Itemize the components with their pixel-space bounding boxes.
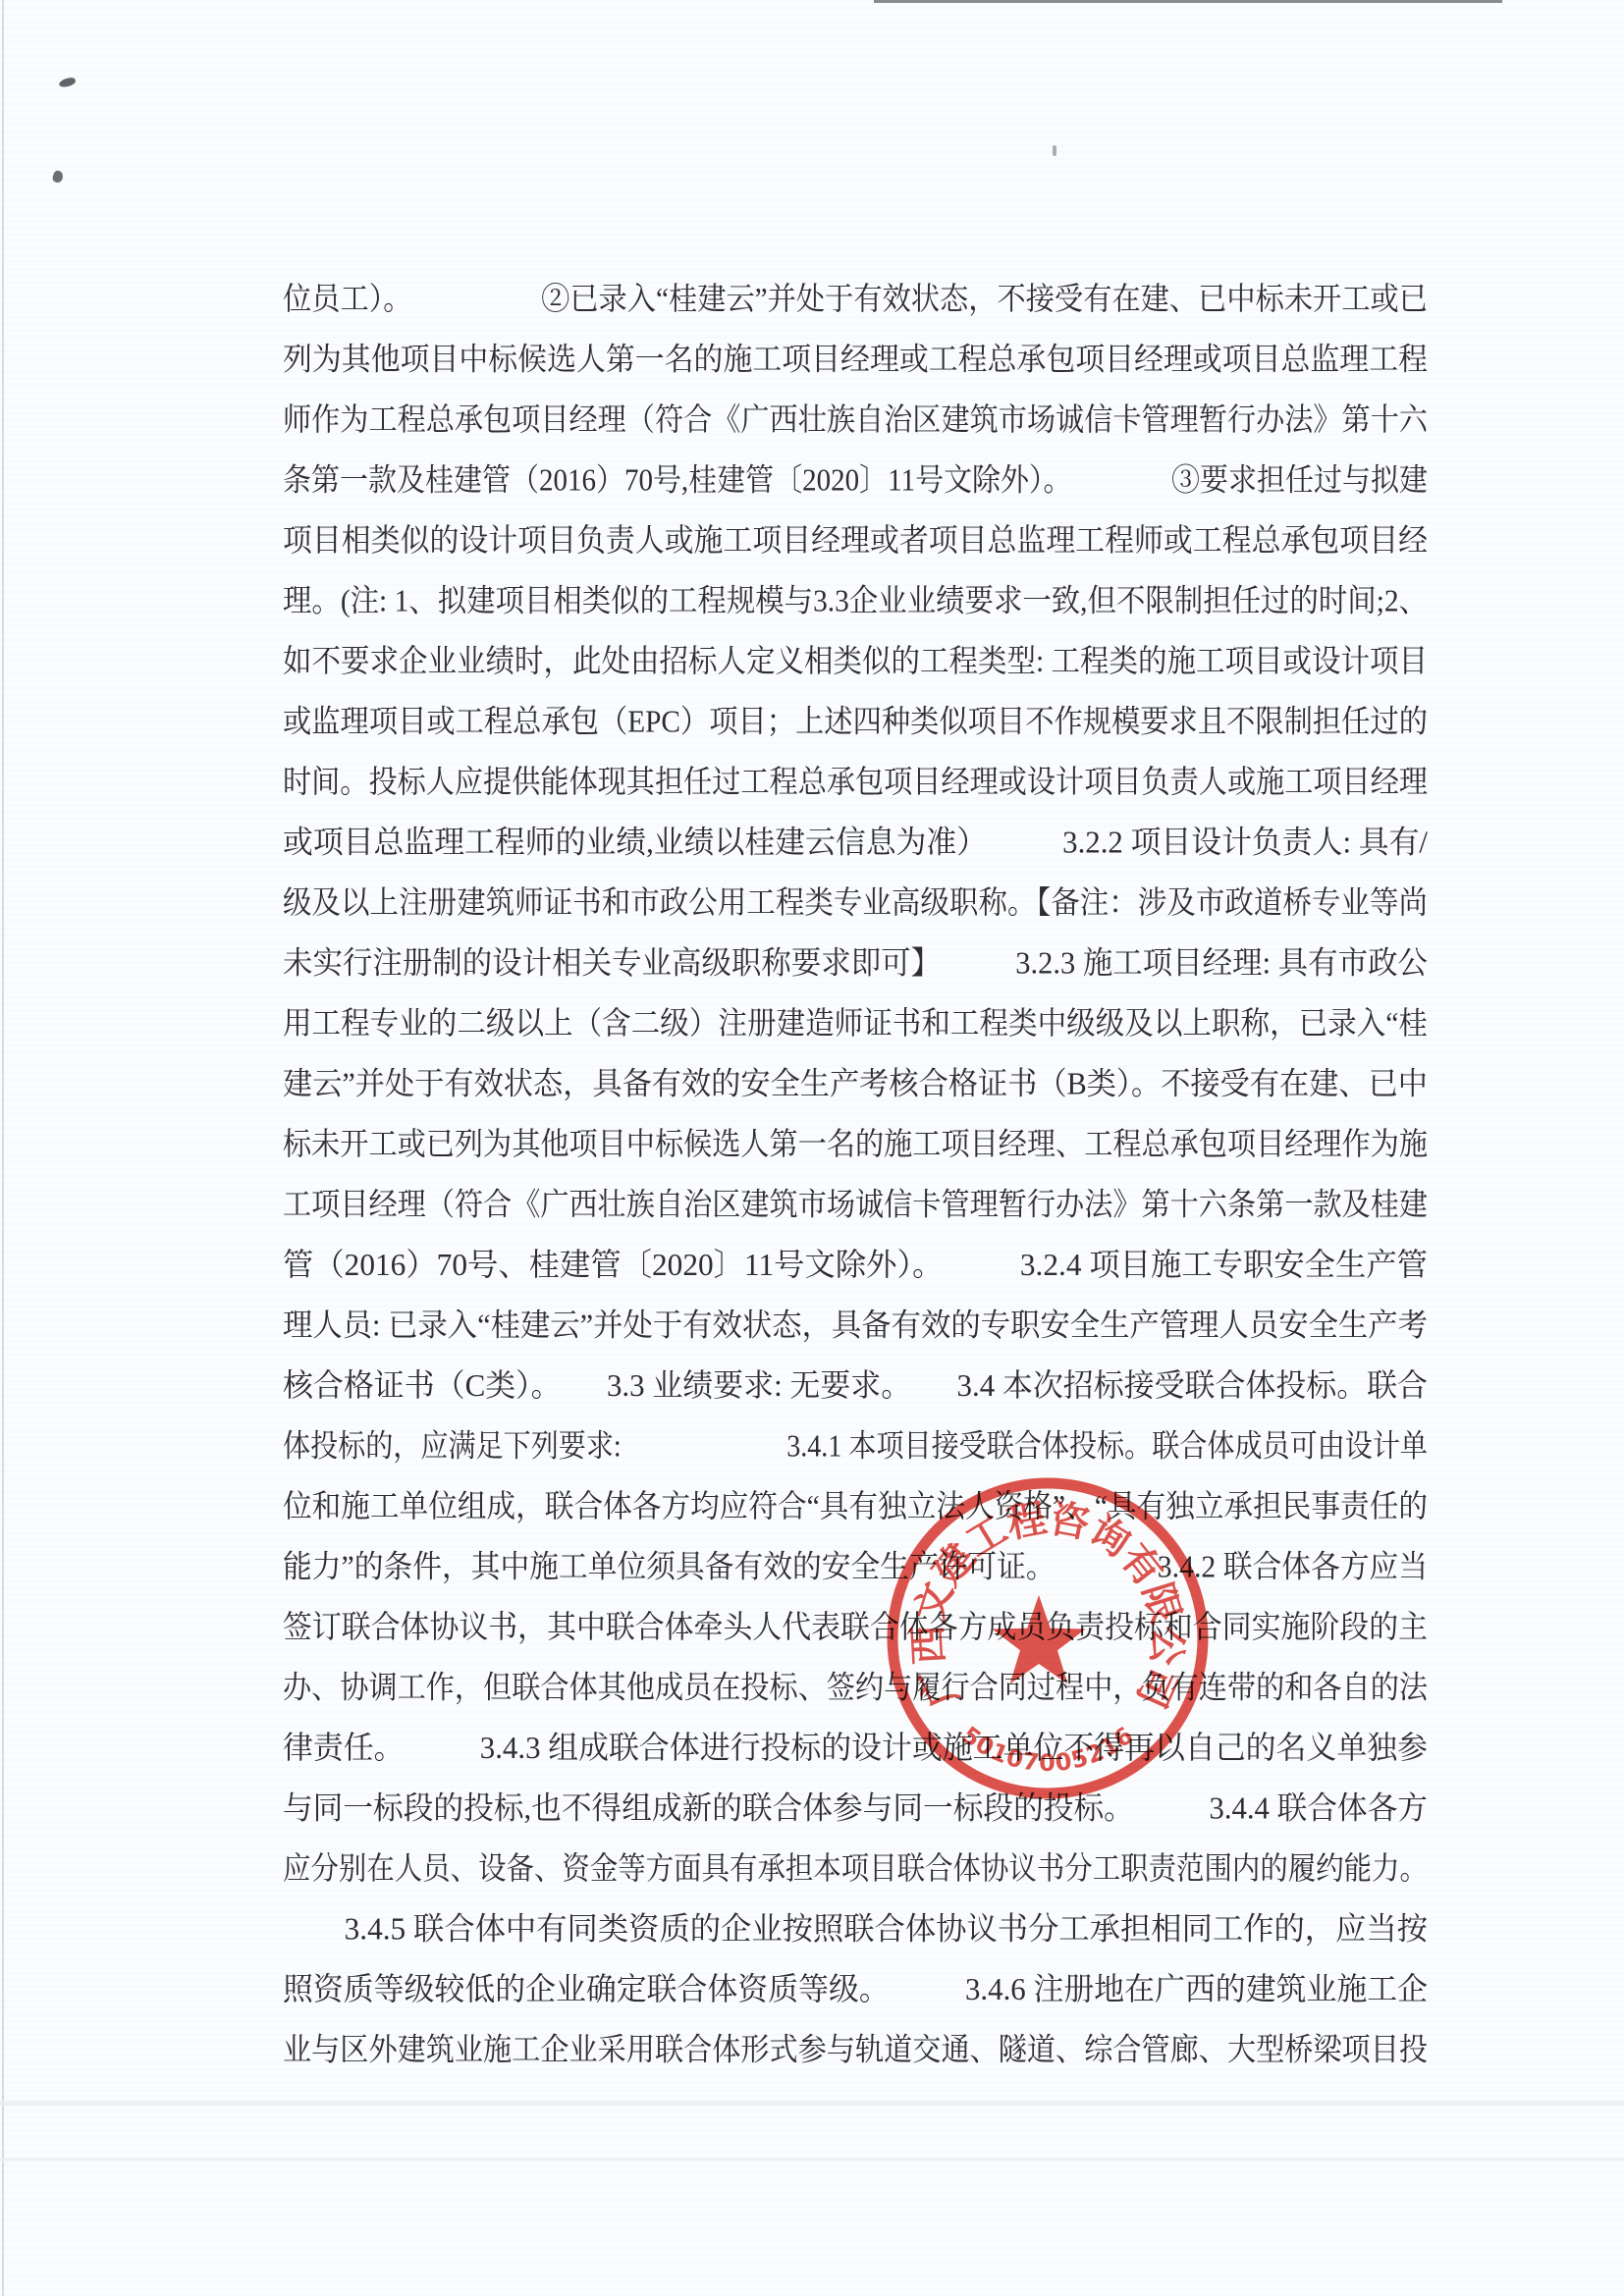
text-line: 用工程专业的二级以上（含二级）注册建造师证书和工程类中级级及以上职称，已录入“桂 (283, 1005, 1428, 1041)
scan-artifact-band (0, 2101, 1624, 2106)
text-line: 体投标的，应满足下列要求: 3.4.1 本项目接受联合体投标。联合体成员可由设计… (283, 1428, 1428, 1464)
scan-artifact-left-edge (2, 0, 4, 2296)
text-line: 列为其他项目中标候选人第一名的施工项目经理或工程总承包项目经理或项目总监理工程 (283, 342, 1428, 377)
text-line: 或监理项目或工程总承包（EPC）项目；上述四种类似项目不作规模要求且不限制担任过… (283, 704, 1428, 739)
scan-artifact-speck (1053, 145, 1056, 156)
text-line: 核合格证书（C类）。 3.3 业绩要求: 无要求。 3.4 本次招标接受联合体投… (283, 1367, 1428, 1403)
text-line: 办、协调工作，但联合体其他成员在投标、签约与履行合同过程中，负有连带的和各自的法 (283, 1670, 1428, 1705)
text-line: 应分别在人员、设备、资金等方面具有承担本项目联合体协议书分工职责范围内的履约能力… (283, 1850, 1428, 1886)
text-line: 律责任。 3.4.3 组成联合体进行投标的设计或施工单位不得再以自己的名义单独参 (283, 1730, 1428, 1765)
text-line: 标未开工或已列为其他项目中标候选人第一名的施工项目经理、工程总承包项目经理作为施 (283, 1126, 1428, 1161)
text-line: 师作为工程总承包项目经理（符合《广西壮族自治区建筑市场诚信卡管理暂行办法》第十六 (283, 401, 1428, 437)
text-line: 签订联合体协议书，其中联合体牵头人代表联合体各方成员负责投标和合同实施阶段的主 (283, 1609, 1428, 1644)
seal-star-icon (992, 1595, 1085, 1684)
text-line: 如不要求企业业绩时，此处由招标人定义相类似的工程类型: 工程类的施工项目或设计项… (283, 643, 1428, 678)
text-line: 建云”并处于有效状态，具备有效的安全生产考核合格证书（B类）。不接受有在建、已中 (283, 1066, 1428, 1101)
scan-artifact-speck (51, 170, 65, 185)
text-line: 能力”的条件，其中施工单位须具备有效的安全生产许可证。 3.4.2 联合体各方应… (283, 1549, 1428, 1584)
text-line: 未实行注册制的设计相关专业高级职称要求即可】 3.2.3 施工项目经理: 具有市… (283, 945, 1428, 981)
text-line: 业与区外建筑业施工企业采用联合体形式参与轨道交通、隧道、综合管廊、大型桥梁项目投 (283, 2032, 1428, 2067)
text-line: 3.4.5 联合体中有同类资质的企业按照联合体协议书分工承担相同工作的，应当按 (283, 1911, 1428, 1947)
text-line: 条第一款及桂建管（2016）70号,桂建管〔2020〕11号文除外）。 ③要求担… (283, 462, 1428, 498)
text-line: 理人员: 已录入“桂建云”并处于有效状态，具备有效的专职安全生产管理人员安全生产… (283, 1308, 1428, 1343)
scan-artifact-speck (58, 77, 76, 88)
scan-artifact-top-edge (874, 0, 1502, 3)
text-line: 时间。投标人应提供能体现其担任过工程总承包项目经理或设计项目负责人或施工项目经理 (283, 764, 1428, 799)
body-text: 位员工）。 ②已录入“桂建云”并处于有效状态，不接受有在建、已中标未开工或已 列… (283, 275, 1428, 2101)
text-line: 或项目总监理工程师的业绩,业绩以桂建云信息为准） 3.2.2 项目设计负责人: … (283, 825, 1428, 860)
text-line: 理。(注: 1、拟建项目相类似的工程规模与3.3企业业绩要求一致,但不限制担任过… (283, 583, 1428, 618)
text-line: 工项目经理（符合《广西壮族自治区建筑市场诚信卡管理暂行办法》第十六条第一款及桂建 (283, 1187, 1428, 1222)
text-line: 级及以上注册建筑师证书和市政公用工程类专业高级职称。【备注：涉及市政道桥专业等尚 (283, 884, 1428, 920)
text-line: 与同一标段的投标,也不得组成新的联合体参与同一标段的投标。 3.4.4 联合体各… (283, 1790, 1428, 1826)
scanned-document-page: { "page": { "background": "#fbfcfd", "te… (0, 0, 1624, 2296)
text-line: 照资质等级较低的企业确定联合体资质等级。 3.4.6 注册地在广西的建筑业施工企 (283, 1971, 1428, 2006)
scan-artifact-band (0, 2158, 1624, 2162)
official-seal: 广西文建工程咨询有限公司 4501070052169 (879, 1470, 1213, 1804)
text-line: 位员工）。 ②已录入“桂建云”并处于有效状态，不接受有在建、已中标未开工或已 (283, 281, 1428, 316)
text-line: 管（2016）70号、桂建管〔2020〕11号文除外）。 3.2.4 项目施工专… (283, 1247, 1428, 1282)
text-line: 项目相类似的设计项目负责人或施工项目经理或者项目总监理工程师或工程总承包项目经 (283, 522, 1428, 558)
text-line: 位和施工单位组成，联合体各方均应符合“具有独立法人资格”、“具有独立承担民事责任… (283, 1488, 1428, 1523)
seal-company-name: 广西文建工程咨询有限公司 (905, 1496, 1190, 1714)
